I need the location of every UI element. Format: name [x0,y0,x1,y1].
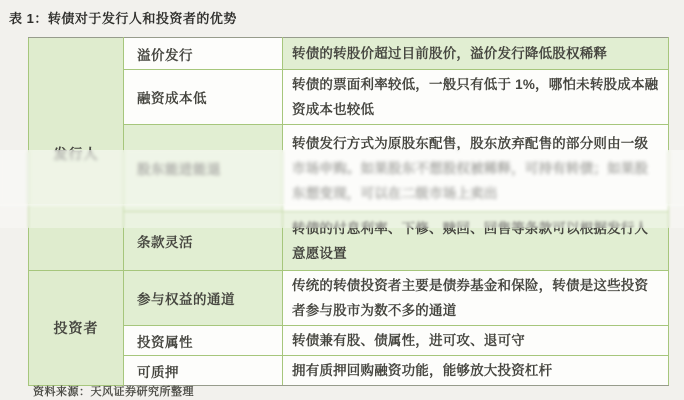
report-table-page: 表 1：转债对于发行人和投资者的优势 发行人 溢价发行 转债的转股价超过目前股价… [0,0,684,400]
table-row: 可质押 拥有质押回购融资功能，能够放大投资杠杆 [29,356,669,386]
table-title: 表 1：转债对于发行人和投资者的优势 [9,8,237,27]
feature-cell: 融资成本低 [124,70,283,125]
feature-cell: 股东能进能退 [124,125,283,212]
table-row: 股东能进能退 转债发行方式为原股东配售，股东放弃配售的部分则由一级市场申购。如果… [29,125,669,212]
table-row: 投资者 参与权益的通道 传统的转债投资者主要是债券基金和保险，转债是这些投资者参… [29,271,669,326]
feature-cell: 可质押 [124,356,283,386]
feature-cell: 溢价发行 [124,38,283,70]
feature-cell: 条款灵活 [124,212,283,271]
group-cell-investor: 投资者 [29,271,124,386]
desc-cell: 转债的付息利率、下修、赎回、回售等条款可以根据发行人意愿设置 [283,212,669,271]
feature-cell: 投资属性 [124,326,283,356]
desc-cell: 传统的转债投资者主要是债券基金和保险，转债是这些投资者参与股市为数不多的通道 [283,271,669,326]
desc-cell: 转债的票面利率较低，一般只有低于 1%，哪怕未转股成本融资成本也较低 [283,70,669,125]
table-row: 投资属性 转债兼有股、债属性，进可攻、退可守 [29,326,669,356]
table-row: 发行人 溢价发行 转债的转股价超过目前股价，溢价发行降低股权稀释 [29,38,669,70]
group-cell-issuer: 发行人 [29,38,124,271]
advantages-table: 发行人 溢价发行 转债的转股价超过目前股价，溢价发行降低股权稀释 融资成本低 转… [28,37,669,386]
desc-cell: 转债的转股价超过目前股价，溢价发行降低股权稀释 [283,38,669,70]
desc-cell: 转债发行方式为原股东配售，股东放弃配售的部分则由一级市场申购。如果股东不想股权被… [283,125,669,212]
source-note: 资料来源：天风证券研究所整理 [33,383,194,399]
table-row: 条款灵活 转债的付息利率、下修、赎回、回售等条款可以根据发行人意愿设置 [29,212,669,271]
desc-cell: 转债兼有股、债属性，进可攻、退可守 [283,326,669,356]
desc-cell: 拥有质押回购融资功能，能够放大投资杠杆 [283,356,669,386]
table-row: 融资成本低 转债的票面利率较低，一般只有低于 1%，哪怕未转股成本融资成本也较低 [29,70,669,125]
feature-cell: 参与权益的通道 [124,271,283,326]
